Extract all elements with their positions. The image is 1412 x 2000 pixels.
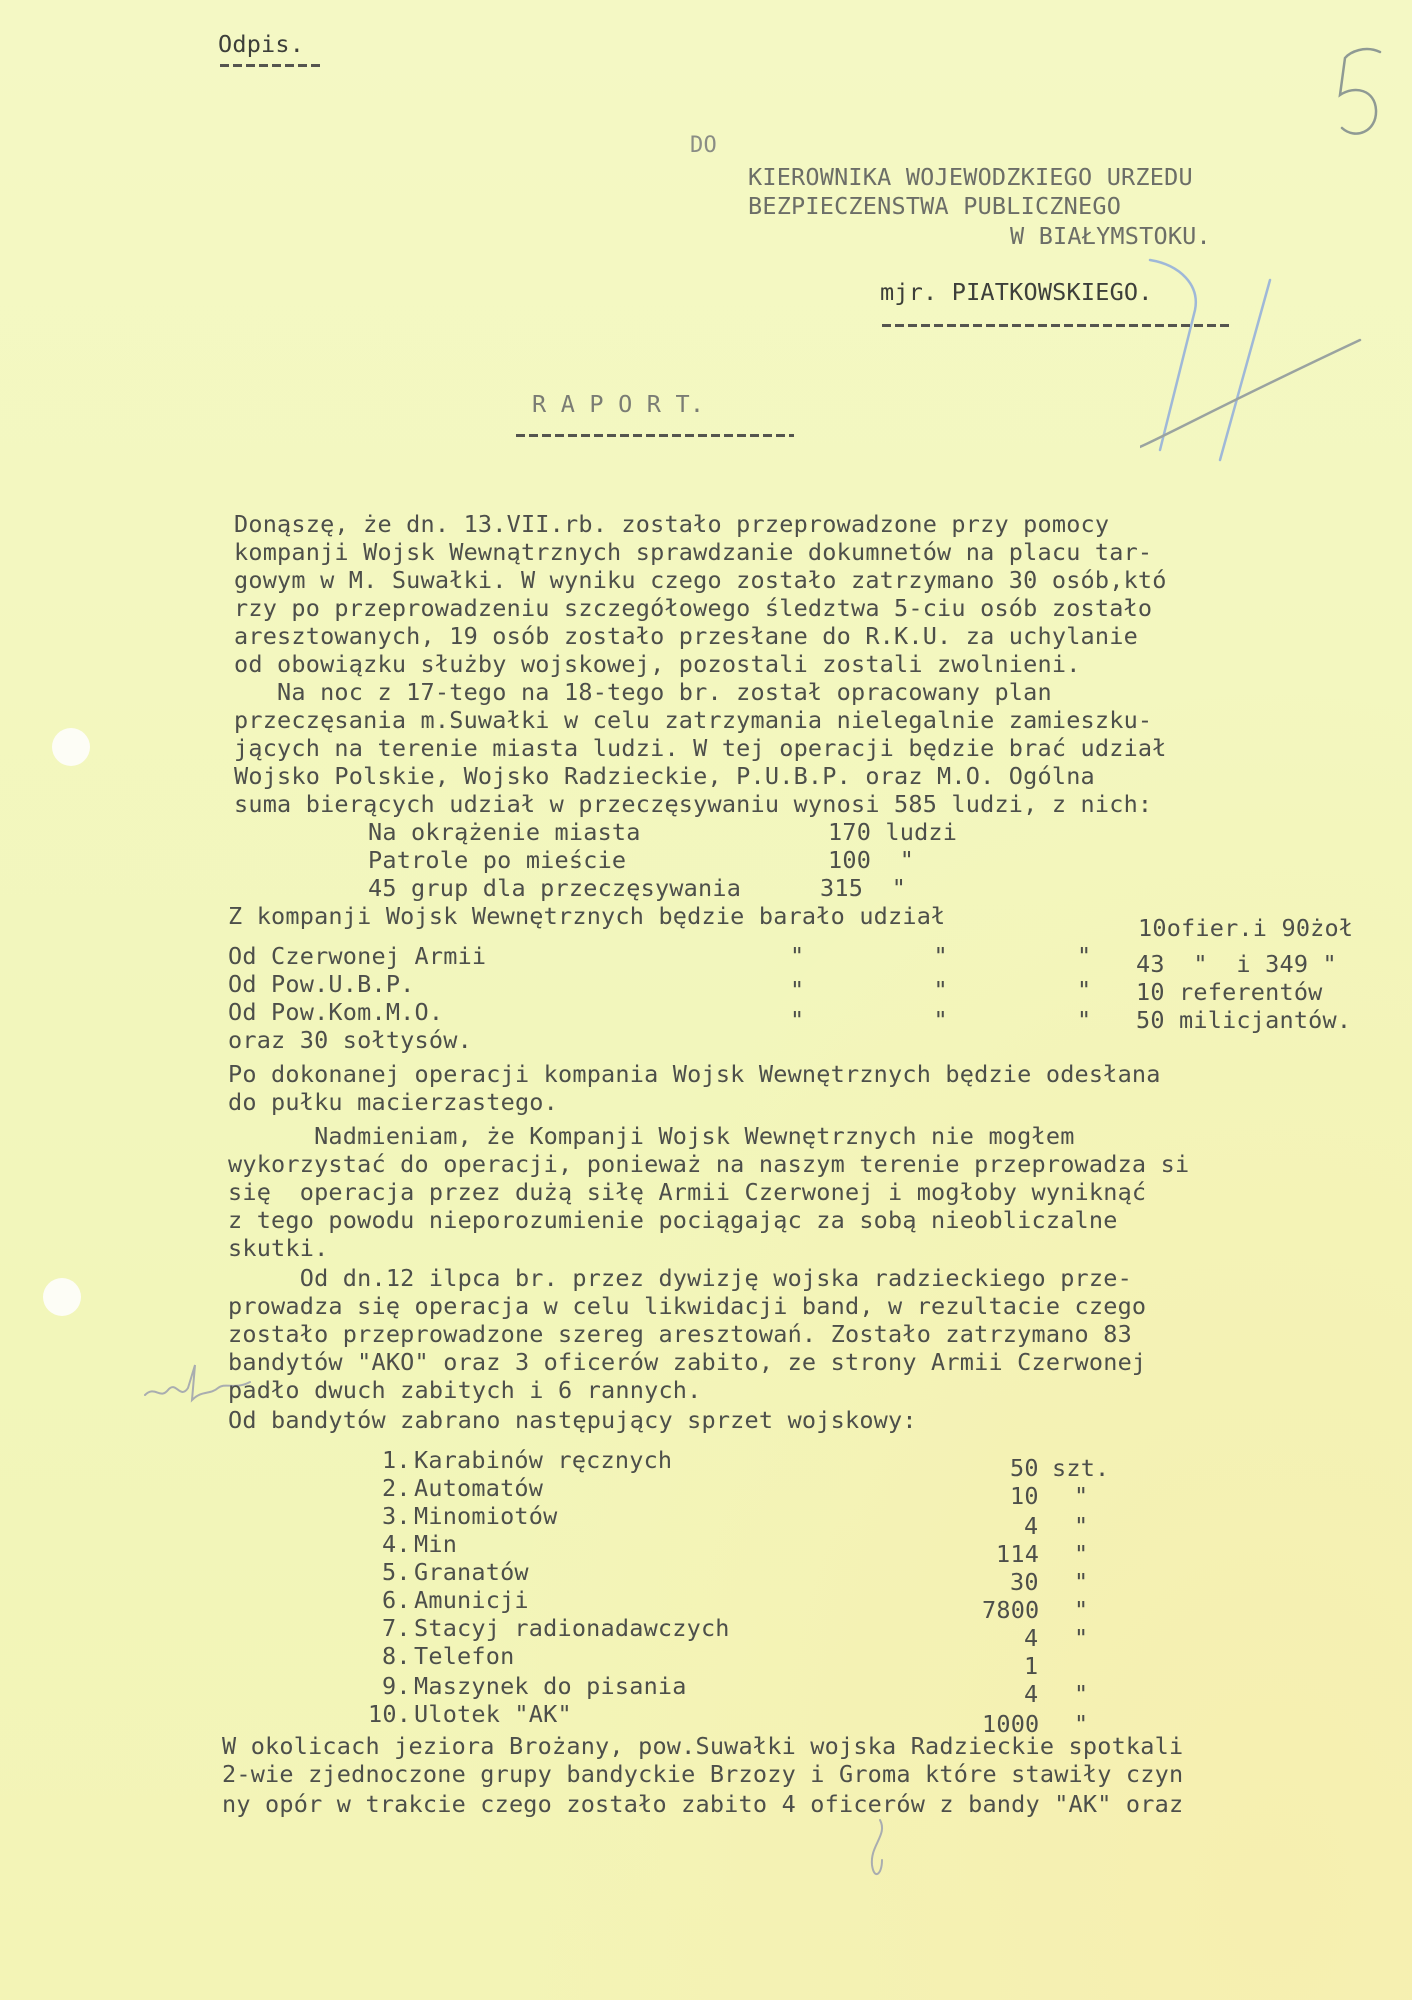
report-title: R A P O R T. bbox=[532, 390, 704, 418]
equipment-unit: " bbox=[1074, 1596, 1088, 1624]
equipment-no: 2. bbox=[382, 1474, 411, 1502]
text-line: rzy po przeprowadzeniu szczegółowego śle… bbox=[234, 594, 1152, 622]
report-title-underline bbox=[516, 434, 794, 437]
text-line: suma bierących udział w przeczęsywaniu w… bbox=[234, 790, 1152, 818]
text-line: zostało przeprowadzone szereg aresztowań… bbox=[228, 1320, 1132, 1348]
text-line: 2-wie zjednoczone grupy bandyckie Brzozy… bbox=[222, 1760, 1183, 1788]
equipment-no: 1. bbox=[382, 1446, 411, 1474]
text-line: padło dwuch zabitych i 6 rannych. bbox=[228, 1376, 702, 1404]
equipment-no: 5. bbox=[382, 1558, 411, 1586]
equipment-qty: 7800 bbox=[982, 1596, 1039, 1624]
allocation-label: Patrole po mieście bbox=[368, 846, 626, 874]
ditto-marks: " " " bbox=[790, 1006, 1091, 1034]
equipment-qty: 4 bbox=[1024, 1680, 1038, 1708]
text-line: bandytów "AKO" oraz 3 oficerów zabito, z… bbox=[228, 1348, 1146, 1376]
equipment-unit: " bbox=[1074, 1680, 1088, 1708]
text-line: Nadmieniam, że Kompanji Wojsk Wewnętrzny… bbox=[228, 1122, 1075, 1150]
text-line: W okolicach jeziora Brożany, pow.Suwałki… bbox=[222, 1732, 1183, 1760]
equipment-item: Ulotek "AK" bbox=[414, 1700, 572, 1728]
ditto-marks: " " " bbox=[790, 976, 1091, 1004]
ditto-marks: " " " bbox=[790, 942, 1091, 970]
handwritten-page-number-icon bbox=[1310, 40, 1400, 150]
equipment-unit: " bbox=[1074, 1624, 1088, 1652]
participants-tail: oraz 30 sołtysów. bbox=[228, 1026, 472, 1054]
handwritten-initial-icon bbox=[860, 1815, 900, 1885]
allocation-value: 100 " bbox=[828, 846, 914, 874]
equipment-no: 7. bbox=[382, 1614, 411, 1642]
to-label: DO bbox=[690, 132, 717, 160]
text-line: Od dn.12 ilpca br. przez dywizję wojska … bbox=[228, 1264, 1132, 1292]
text-line: Po dokonanej operacji kompania Wojsk Wew… bbox=[228, 1060, 1161, 1088]
equipment-item: Maszynek do pisania bbox=[414, 1672, 687, 1700]
allocation-value: 315 " bbox=[820, 874, 906, 902]
equipment-no: 8. bbox=[382, 1642, 411, 1670]
addressee-name: mjr. PIATKOWSKIEGO. bbox=[880, 278, 1153, 306]
equipment-item: Automatów bbox=[414, 1474, 543, 1502]
participant-value: 10ofier.i 90żoł bbox=[1138, 914, 1353, 942]
equipment-item: Min bbox=[414, 1530, 457, 1558]
text-line: do pułku macierzastego. bbox=[228, 1088, 558, 1116]
equipment-unit: szt. bbox=[1052, 1454, 1109, 1482]
allocation-value: 170 ludzi bbox=[828, 818, 957, 846]
equipment-unit: " bbox=[1074, 1482, 1088, 1510]
equipment-item: Karabinów ręcznych bbox=[414, 1446, 672, 1474]
equipment-item: Granatów bbox=[414, 1558, 529, 1586]
text-line: gowym w M. Suwałki. W wyniku czego zosta… bbox=[234, 566, 1167, 594]
equipment-no: 10. bbox=[368, 1700, 411, 1728]
equipment-no: 9. bbox=[382, 1672, 411, 1700]
equipment-item: Amunicji bbox=[414, 1586, 529, 1614]
punch-hole-top bbox=[52, 728, 90, 766]
text-line: od obowiązku służby wojskowej, pozostali… bbox=[234, 650, 1081, 678]
punch-hole-bottom bbox=[43, 1278, 81, 1316]
text-line: Na noc z 17-tego na 18-tego br. został o… bbox=[234, 678, 1052, 706]
addressee-line-2: BEZPIECZENSTWA PUBLICZNEGO bbox=[748, 192, 1121, 220]
text-line: Donąszę, że dn. 13.VII.rb. zostało przep… bbox=[234, 510, 1109, 538]
equipment-unit: " bbox=[1074, 1512, 1088, 1540]
participant-label: Od Czerwonej Armii bbox=[228, 942, 486, 970]
copy-label-underline bbox=[220, 64, 320, 67]
text-line: Wojsko Polskie, Wojsko Radzieckie, P.U.B… bbox=[234, 762, 1095, 790]
text-line: Od bandytów zabrano następujący sprzet w… bbox=[228, 1406, 917, 1434]
equipment-qty: 10 bbox=[1010, 1482, 1039, 1510]
equipment-no: 6. bbox=[382, 1586, 411, 1614]
equipment-item: Minomiotów bbox=[414, 1502, 557, 1530]
allocation-label: 45 grup dla przeczęsywania bbox=[368, 874, 741, 902]
text-line: skutki. bbox=[228, 1234, 328, 1262]
addressee-line-3: W BIAŁYMSTOKU. bbox=[1010, 222, 1211, 250]
equipment-unit: " bbox=[1074, 1568, 1088, 1596]
text-line: przeczęsania m.Suwałki w celu zatrzymani… bbox=[234, 706, 1152, 734]
text-line: ny opór w trakcie czego zostało zabito 4… bbox=[222, 1790, 1183, 1818]
equipment-no: 3. bbox=[382, 1502, 411, 1530]
participant-label: Od Pow.U.B.P. bbox=[228, 970, 415, 998]
equipment-qty: 50 bbox=[1010, 1454, 1039, 1482]
equipment-qty: 114 bbox=[996, 1540, 1039, 1568]
text-line: jących na terenie miasta ludzi. W tej op… bbox=[234, 734, 1167, 762]
addressee-underline bbox=[882, 324, 1232, 327]
equipment-item: Telefon bbox=[414, 1642, 514, 1670]
participant-value: 10 referentów bbox=[1136, 978, 1323, 1006]
participant-value: 43 " i 349 " bbox=[1136, 950, 1337, 978]
text-line: kompanji Wojsk Wewnątrznych sprawdzanie … bbox=[234, 538, 1152, 566]
text-line: z tego powodu nieporozumienie pociągając… bbox=[228, 1206, 1118, 1234]
handwritten-approval-mark-icon bbox=[1140, 240, 1370, 470]
text-line: wykorzystać do operacji, ponieważ na nas… bbox=[228, 1150, 1189, 1178]
equipment-qty: 1 bbox=[1024, 1652, 1038, 1680]
equipment-no: 4. bbox=[382, 1530, 411, 1558]
addressee-line-1: KIEROWNIKA WOJEWODZKIEGO URZEDU bbox=[748, 163, 1193, 191]
equipment-item: Stacyj radionadawczych bbox=[414, 1614, 730, 1642]
equipment-qty: 4 bbox=[1024, 1512, 1038, 1540]
text-line: aresztowanych, 19 osób zostało przesłane… bbox=[234, 622, 1138, 650]
participant-value: 50 milicjantów. bbox=[1136, 1006, 1351, 1034]
allocation-label: Na okrążenie miasta bbox=[368, 818, 641, 846]
participant-label: Z kompanji Wojsk Wewnętrznych będzie bar… bbox=[228, 902, 945, 930]
equipment-qty: 4 bbox=[1024, 1624, 1038, 1652]
copy-label: Odpis. bbox=[218, 30, 304, 58]
text-line: prowadza się operacja w celu likwidacji … bbox=[228, 1292, 1146, 1320]
equipment-qty: 30 bbox=[1010, 1568, 1039, 1596]
equipment-unit: " bbox=[1074, 1540, 1088, 1568]
text-line: się operacja przez dużą siłę Armii Czerw… bbox=[228, 1178, 1146, 1206]
participant-label: Od Pow.Kom.M.O. bbox=[228, 998, 443, 1026]
